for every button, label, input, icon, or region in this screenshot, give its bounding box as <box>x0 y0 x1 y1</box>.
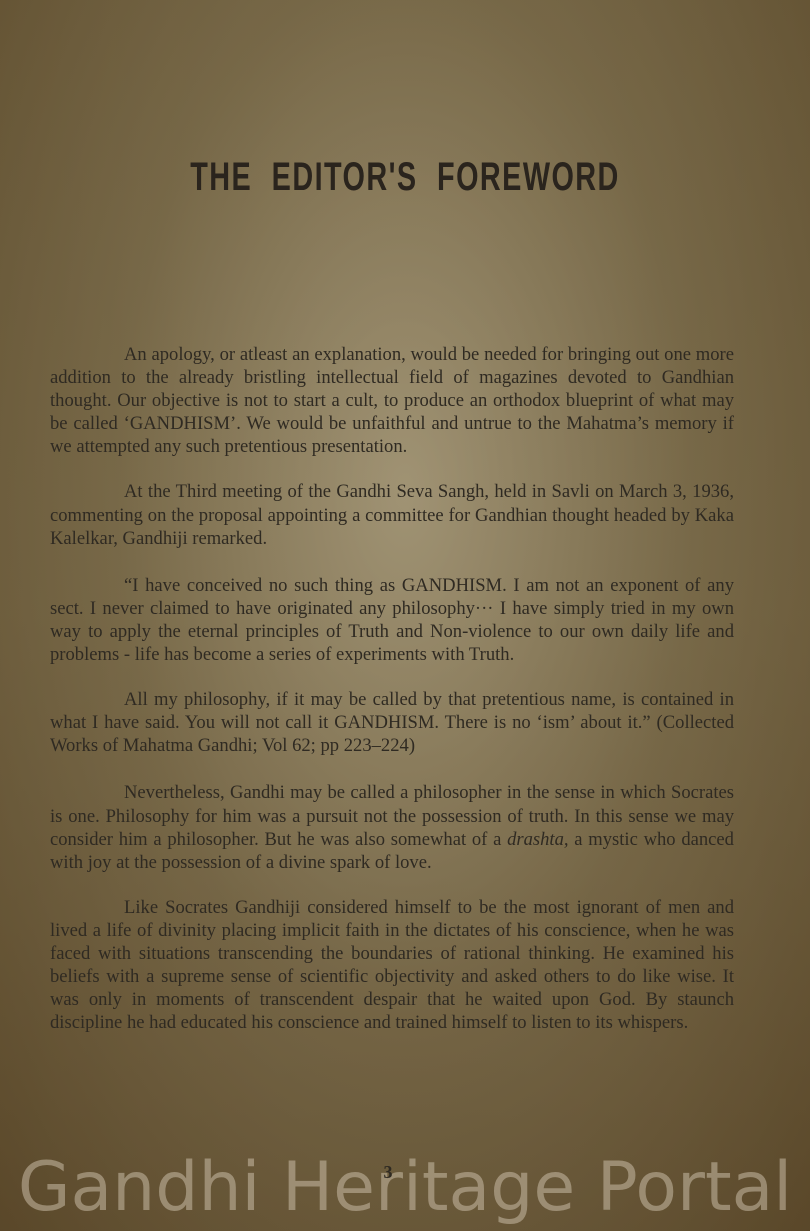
drashta-term: drashta, <box>507 829 568 850</box>
paragraph-quote-philosophy: All my philosophy, if it may be called b… <box>50 688 734 757</box>
watermark: Gandhi Heritage Portal <box>0 1148 810 1227</box>
page-title: THE EDITOR'S FOREWORD <box>113 155 696 200</box>
paragraph-socrates: Like Socrates Gandhiji considered himsel… <box>50 896 734 1035</box>
page-number: 3 <box>0 1162 776 1183</box>
foreword-body: An apology, or atleast an explanation, w… <box>50 343 734 1056</box>
paragraph-quote-gandhism: “I have conceived no such thing as GANDH… <box>50 574 734 666</box>
paragraph-apology: An apology, or atleast an explanation, w… <box>50 343 734 458</box>
paragraph-third-meeting: At the Third meeting of the Gandhi Seva … <box>50 480 734 549</box>
paragraph-philosopher: Nevertheless, Gandhi may be called a phi… <box>50 781 734 873</box>
scanned-page: THE EDITOR'S FOREWORD An apology, or atl… <box>0 0 810 1231</box>
